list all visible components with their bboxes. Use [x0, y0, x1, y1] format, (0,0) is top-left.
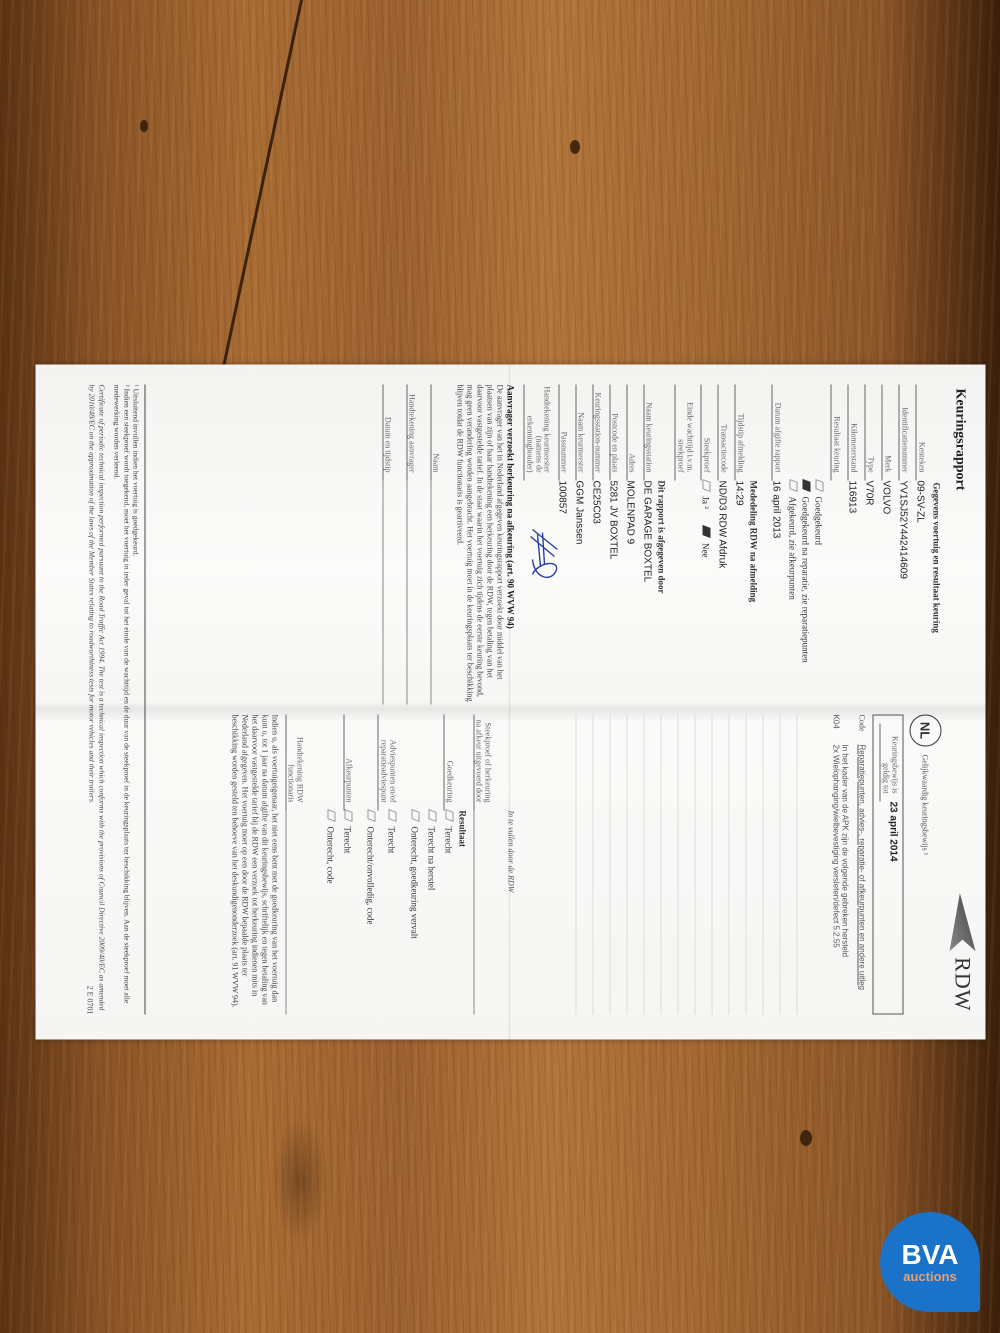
- wood-knot: [140, 120, 148, 132]
- footnote: ² Indien een steekproef wordt toegekend,…: [112, 385, 131, 1015]
- rdw-option: Onterecht, goedkeuring vervalt: [402, 715, 419, 1015]
- table-crack: [221, 0, 303, 372]
- rdw-section: In te vullen door de RDW Steekproef of h…: [229, 715, 515, 1015]
- option-label: Terecht: [443, 827, 453, 854]
- footnotes: ¹ Uitsluitend invullen indien het voertu…: [87, 385, 145, 1015]
- bva-auctions-logo: BVA auctions: [880, 1212, 980, 1312]
- rdw-option: AfkeurpuntenTerecht: [335, 715, 352, 1015]
- inspection-report-paper: Keuringsrapport RDW Gegevens voertuig en…: [35, 365, 985, 1040]
- field-label: Naam keurmeester: [575, 385, 585, 481]
- request-field: Datum en tijdstip: [382, 385, 392, 705]
- field-row: Naam keuringsstationDE GARAGE BOXTEL: [635, 385, 652, 705]
- row-label: Adviespunten en/of reparatieadviespunt: [377, 715, 396, 811]
- checkbox-icon: [344, 809, 352, 822]
- blank-lines: [575, 715, 813, 1015]
- option-label: Onterecht/onvolledig, code: [365, 827, 375, 925]
- checkbox-icon: [327, 809, 335, 822]
- field-row: Naam keurmeesterGGM Janssen: [567, 385, 584, 705]
- checkbox-icon: [802, 479, 810, 492]
- field-value: CE25C03: [590, 481, 601, 524]
- rdw-option: Adviespunten en/of reparatieadviespuntTe…: [375, 715, 396, 1015]
- wood-knot: [570, 140, 580, 154]
- field-row: TypeV70R: [857, 385, 874, 705]
- option-label: Goedgekeurd: [813, 497, 823, 545]
- valid-until-date: 23 april 2014: [887, 802, 898, 862]
- field-row: AdresMOLENPAD 9: [618, 385, 635, 705]
- field-row: Kilometerstand116913: [840, 385, 857, 705]
- field-label: Naam keuringsstation: [643, 385, 653, 481]
- checkbox-icon: [411, 809, 419, 822]
- result-option: Afgekeurd, zie afkeurpunten: [787, 385, 797, 705]
- rdw-option: Onterecht/onvolledig, code: [358, 715, 375, 1015]
- field-label: Passnummer: [558, 385, 568, 481]
- feather-icon: [949, 893, 975, 951]
- field-label: Type: [864, 385, 874, 481]
- field-line: [406, 481, 416, 705]
- option-label: Afgekeurd, zie afkeurpunten: [787, 497, 797, 600]
- request-field: Handtekening aanvrager: [406, 385, 416, 705]
- checkbox-icon: [789, 479, 797, 492]
- field-value: VOLVO: [880, 481, 891, 515]
- checkbox-icon: [702, 525, 710, 538]
- report-date: 16 april 2013: [770, 481, 781, 539]
- signature: [522, 525, 562, 585]
- checkbox-icon: [428, 809, 436, 822]
- sample-option: Ja ²: [700, 481, 710, 509]
- rdw-option: Onterecht, code: [318, 715, 335, 1015]
- nl-badge: NL: [909, 715, 941, 747]
- footnote: ¹ Uitsluitend invullen indien het voertu…: [131, 385, 140, 1015]
- vehicle-section: Gegevens voertuig en resultaat keuring K…: [521, 385, 941, 705]
- checkbox-icon: [445, 809, 453, 822]
- row-label: Goedkeuring: [443, 715, 453, 811]
- field-row: Postcode en plaats5281 JV BOXTEL: [601, 385, 618, 705]
- option-label: Terecht: [386, 827, 396, 854]
- result-option: Goedgekeurd na reparatie, zie reparatiep…: [800, 385, 810, 705]
- rdw-result-row: AfkeurpuntenTerechtOnterecht, code: [318, 715, 352, 1015]
- rdw-logo: RDW: [949, 893, 975, 1011]
- option-label: Goedgekeurd na reparatie, zie reparatiep…: [800, 497, 810, 663]
- field-value: 5281 JV BOXTEL: [607, 481, 618, 560]
- checkbox-icon: [367, 809, 375, 822]
- field-value: 09-SV-ZL: [914, 481, 925, 523]
- repair-item: 2x Wielophanging/wielbevestiging verslet…: [831, 745, 840, 948]
- wood-knot: [800, 1130, 812, 1146]
- checkbox-icon: [388, 809, 396, 822]
- field-value: 100857: [556, 481, 567, 514]
- field-row: MerkVOLVO: [874, 385, 891, 705]
- field-value: MOLENPAD 9: [624, 481, 635, 545]
- field-label: Identificatienummer: [898, 385, 908, 481]
- field-label: Datum en tijdstip: [382, 385, 392, 481]
- retest-request-section: Aanvrager verzoekt herkeuring na afkeuri…: [382, 385, 515, 705]
- sample-option: Nee: [700, 527, 710, 558]
- option-label: Onterecht, code: [325, 827, 335, 884]
- rdw-result-row: Adviespunten en/of reparatieadviespuntTe…: [358, 715, 396, 1015]
- field-value: DE GARAGE BOXTEL: [641, 481, 652, 583]
- field-row: Kenteken09-SV-ZL: [908, 385, 925, 705]
- field-line: [382, 481, 392, 705]
- option-label: Terecht: [342, 827, 352, 854]
- row-label: Afkeurpunten: [343, 715, 353, 811]
- result-option: Goedgekeurd: [813, 385, 823, 705]
- field-row: Keuringsstation-nummerCE25C03: [584, 385, 601, 705]
- checkbox-icon: [702, 479, 710, 492]
- field-label: Kilometerstand: [847, 385, 857, 481]
- option-label: Onterecht, goedkeuring vervalt: [409, 827, 419, 939]
- field-label: Naam: [430, 385, 440, 481]
- field-value: 116913: [846, 481, 857, 514]
- field-label: Merk: [881, 385, 891, 481]
- field-label: Adres: [626, 385, 636, 481]
- checkbox-icon: [815, 479, 823, 492]
- request-field: Naam: [430, 385, 440, 705]
- rdw-option: Terecht na herstel: [419, 715, 436, 1015]
- option-label: Terecht na herstel: [426, 827, 436, 891]
- field-label: Kenteken: [915, 385, 925, 481]
- validity-section: NL Gelijkwaardig keuringsbewijs ¹ Keurin…: [575, 715, 941, 1015]
- option-label: Nee: [700, 543, 710, 558]
- field-label: Postcode en plaats: [609, 385, 619, 481]
- field-value: GGM Janssen: [573, 481, 584, 545]
- field-value: V70R: [863, 481, 874, 506]
- rdw-option: GoedkeuringTerecht: [436, 715, 453, 1015]
- field-value: YV1SJ52Y442414609: [897, 481, 908, 579]
- field-row: IdentificatienummerYV1SJ52Y442414609: [891, 385, 908, 705]
- field-label: Keuringsstation-nummer: [592, 385, 602, 481]
- field-label: Handtekening aanvrager: [406, 385, 416, 481]
- option-label: Ja ²: [700, 497, 710, 509]
- rdw-result-row: GoedkeuringTerechtTerecht na herstelOnte…: [402, 715, 453, 1015]
- field-line: [430, 481, 440, 705]
- document-title: Keuringsrapport: [951, 389, 967, 491]
